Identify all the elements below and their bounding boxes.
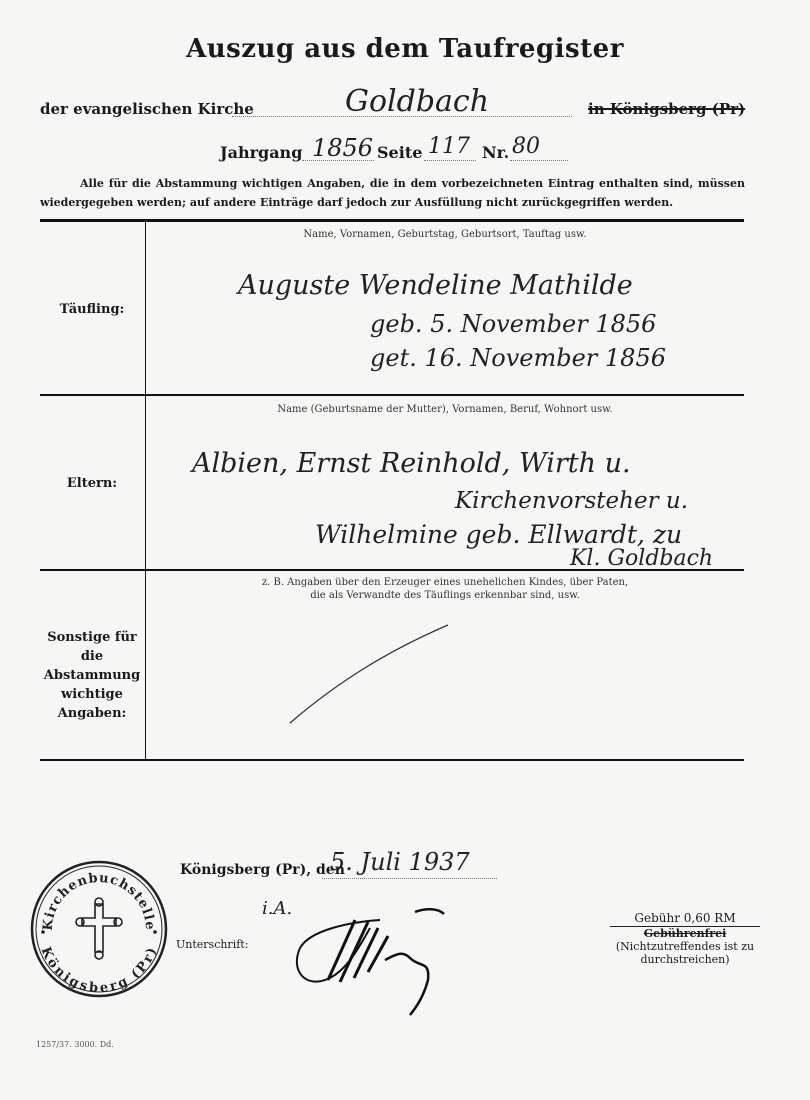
seal-graphic: Kirchenbuchstelle Königsberg (Pr) xyxy=(30,860,168,998)
eltern-father-occupation: Kirchenvorsteher u. xyxy=(455,488,688,514)
church-seal: Kirchenbuchstelle Königsberg (Pr) xyxy=(30,860,168,998)
sonstige-strike-line xyxy=(280,615,460,730)
taeufling-hint: Name, Vornamen, Geburtstag, Geburtsort, … xyxy=(146,228,744,241)
fee-free-struck: Gebührenfrei xyxy=(610,927,760,940)
sonstige-label: Sonstige für die Abstammung wichtige Ang… xyxy=(40,628,144,723)
sonstige-label-line-2: Abstammung xyxy=(40,666,144,685)
page-label: Seite xyxy=(377,143,422,162)
signature-scribble xyxy=(270,900,450,1018)
taeufling-name: Auguste Wendeline Mathilde xyxy=(238,270,633,301)
church-value: Goldbach xyxy=(345,84,489,119)
year-label: Jahrgang xyxy=(220,143,302,162)
sonstige-label-line-3: wichtige xyxy=(40,685,144,704)
number-value: 80 xyxy=(512,134,540,159)
instructions-text: Alle für die Abstammung wichtigen Angabe… xyxy=(40,174,745,212)
cross-icon xyxy=(76,898,122,959)
sonstige-label-line-1: Sonstige für die xyxy=(40,628,144,666)
page-dotted-line xyxy=(424,160,476,161)
eltern-mother: Wilhelmine geb. Ellwardt, zu xyxy=(315,520,682,549)
taeufling-label: Täufling: xyxy=(40,300,144,319)
date-dotted-line xyxy=(322,878,497,879)
sonstige-hint: z. B. Angaben über den Erzeuger eines un… xyxy=(146,576,744,602)
signature-label: Unterschrift: xyxy=(176,938,248,951)
church-location-struck: in Königsberg (Pr) xyxy=(588,100,745,118)
eltern-residence: Kl. Goldbach xyxy=(570,546,713,571)
table-column-divider xyxy=(145,221,146,761)
svg-text:Kirchenbuchstelle: Kirchenbuchstelle xyxy=(41,871,157,931)
sonstige-hint-line-1: z. B. Angaben über den Erzeuger eines un… xyxy=(146,576,744,589)
place-label: Königsberg (Pr), den xyxy=(180,862,345,878)
taeufling-birth: geb. 5. November 1856 xyxy=(370,310,656,338)
number-label: Nr. xyxy=(482,143,509,162)
seal-top-text: Kirchenbuchstelle xyxy=(41,871,157,931)
print-code: 1257/37. 3000. Dd. xyxy=(36,1040,114,1049)
year-value: 1856 xyxy=(312,134,373,162)
fee-note: (Nichtzutreffendes ist zu durchstreichen… xyxy=(610,940,760,966)
eltern-father: Albien, Ernst Reinhold, Wirth u. xyxy=(192,448,631,479)
fee-amount: Gebühr 0,60 RM xyxy=(610,912,760,927)
taeufling-baptism: get. 16. November 1856 xyxy=(370,344,666,372)
page-value: 117 xyxy=(428,134,470,159)
sonstige-label-line-4: Angaben: xyxy=(40,704,144,723)
sonstige-hint-line-2: die als Verwandte des Täuflings erkennba… xyxy=(146,589,744,602)
eltern-hint: Name (Geburtsname der Mutter), Vornamen,… xyxy=(146,403,744,416)
eltern-label: Eltern: xyxy=(40,474,144,493)
date-value: 5. Juli 1937 xyxy=(330,848,470,876)
fee-box: Gebühr 0,60 RM Gebührenfrei (Nichtzutref… xyxy=(610,912,760,966)
number-dotted-line xyxy=(510,160,568,161)
document-title: Auszug aus dem Taufregister xyxy=(0,34,810,64)
church-label: der evangelischen Kirche xyxy=(40,100,254,118)
